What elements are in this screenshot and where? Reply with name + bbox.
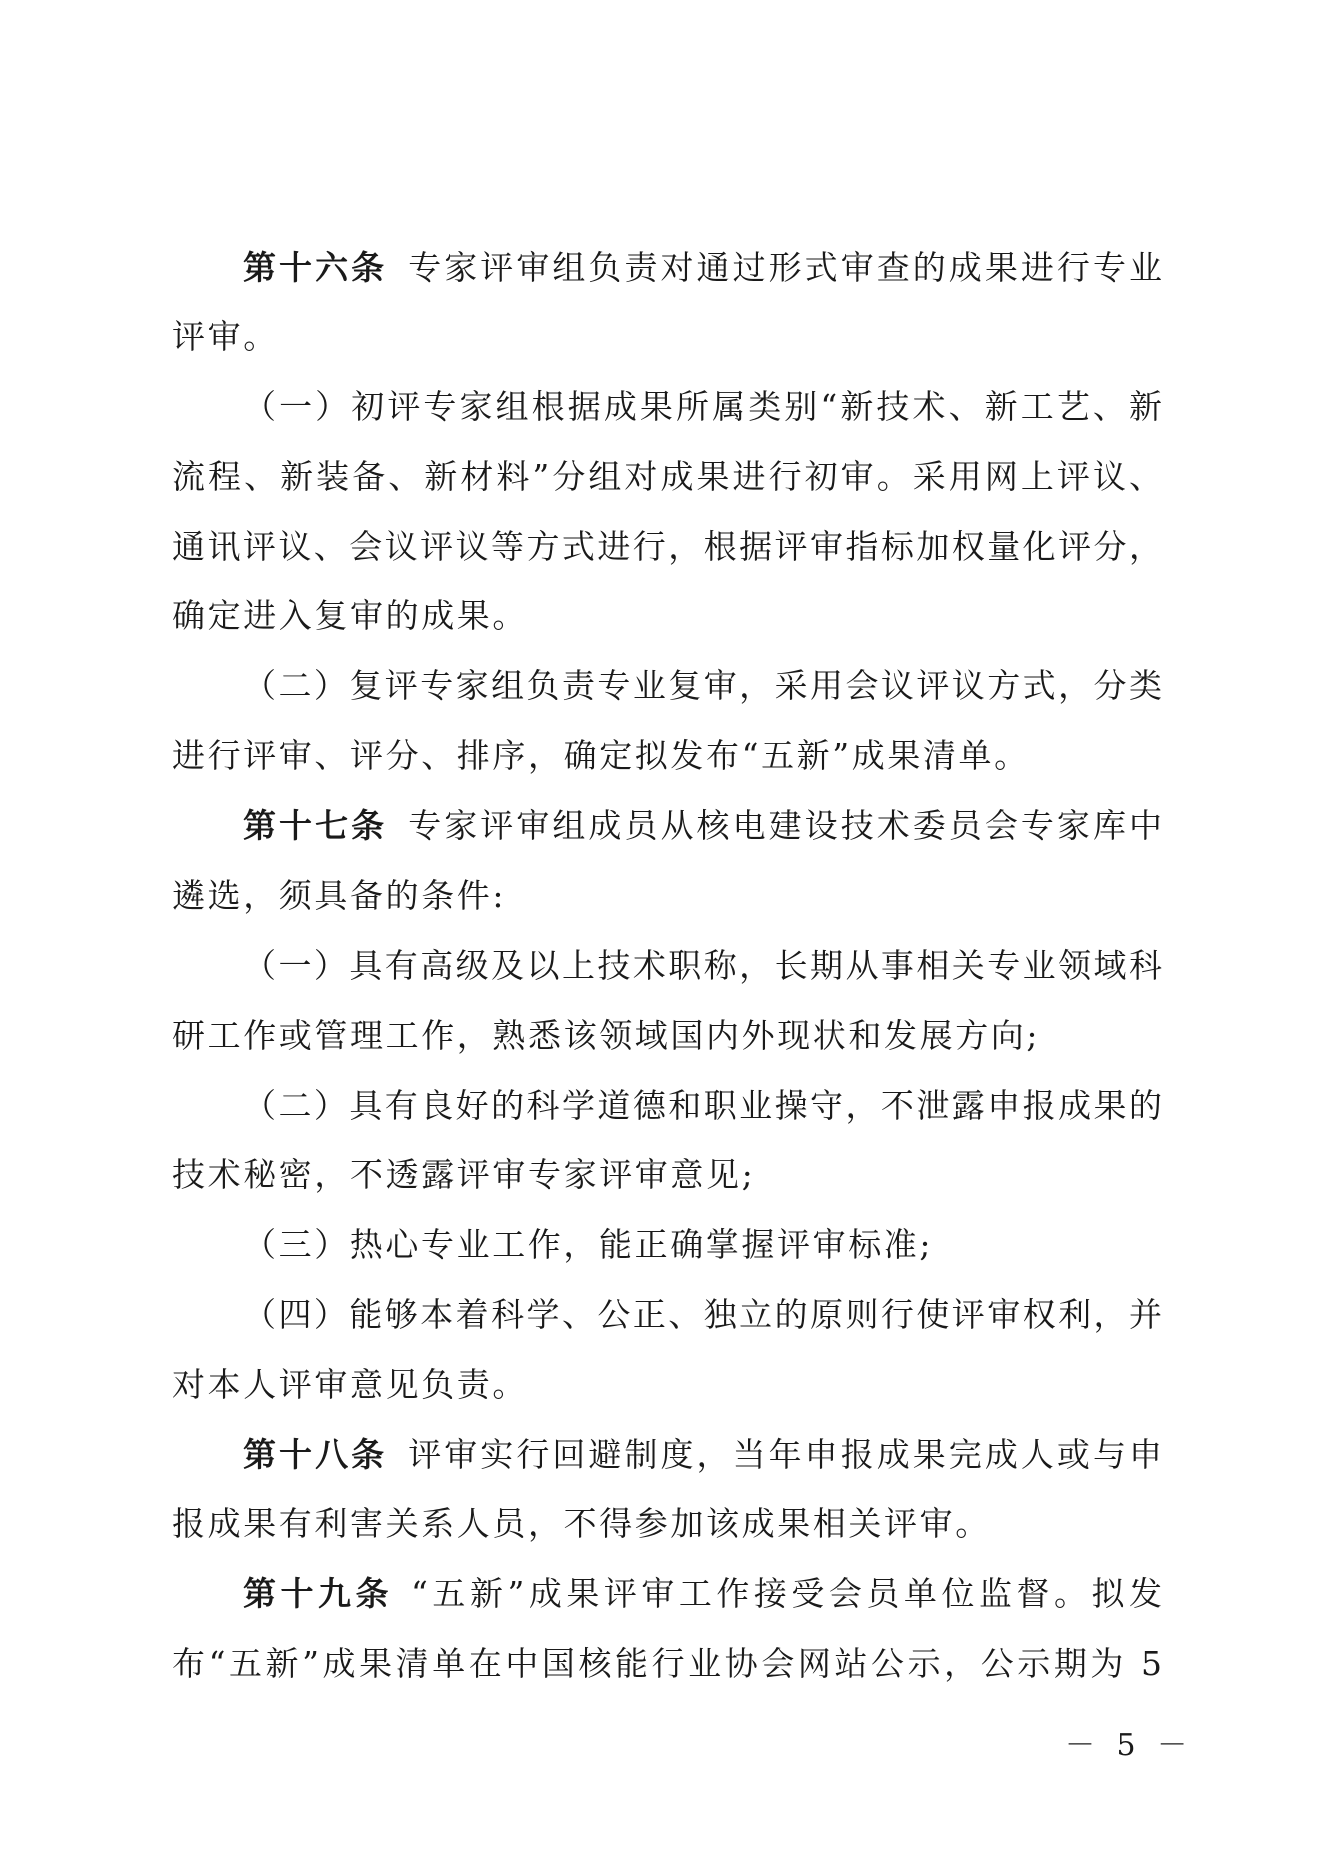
article-16-item-2-line-2: 进行评审、评分、排序，确定拟发布“五新”成果清单。 bbox=[172, 731, 1162, 781]
article-18-line-1: 第十八条评审实行回避制度，当年申报成果完成人或与申 bbox=[243, 1430, 1162, 1480]
article-16-text: 专家评审组负责对通过形式审查的成果进行专业 bbox=[405, 248, 1162, 287]
article-18-line-2: 报成果有利害关系人员，不得参加该成果相关评审。 bbox=[172, 1499, 1162, 1549]
article-18-text: 评审实行回避制度，当年申报成果完成人或与申 bbox=[405, 1435, 1162, 1474]
article-16-line-2: 评审。 bbox=[172, 312, 1162, 362]
article-19-line-1: 第十九条“五新”成果评审工作接受会员单位监督。拟发 bbox=[243, 1569, 1162, 1619]
article-17-item-1-line-1: （一）具有高级及以上技术职称，长期从事相关专业领域科 bbox=[243, 941, 1162, 991]
article-19-heading: 第十九条 bbox=[243, 1574, 393, 1613]
article-17-item-4-line-2: 对本人评审意见负责。 bbox=[172, 1360, 1162, 1410]
page-number: － 5 － bbox=[1065, 1720, 1193, 1764]
article-16-item-2-line-1: （二）复评专家组负责专业复审，采用会议评议方式，分类 bbox=[243, 661, 1162, 711]
article-16-item-1-line-2: 流程、新装备、新材料”分组对成果进行初审。采用网上评议、 bbox=[172, 452, 1162, 502]
document-page: 第十六条专家评审组负责对通过形式审查的成果进行专业 评审。 （一）初评专家组根据… bbox=[0, 0, 1323, 1871]
article-16-heading: 第十六条 bbox=[243, 248, 387, 287]
article-16-item-1-line-3: 通讯评议、会议评议等方式进行，根据评审指标加权量化评分， bbox=[172, 522, 1162, 572]
article-17-item-3-line-1: （三）热心专业工作，能正确掌握评审标准; bbox=[243, 1220, 1162, 1270]
article-17-text: 专家评审组成员从核电建设技术委员会专家库中 bbox=[405, 806, 1162, 845]
article-17-item-2-line-2: 技术秘密，不透露评审专家评审意见; bbox=[172, 1150, 1162, 1200]
article-17-line-1: 第十七条专家评审组成员从核电建设技术委员会专家库中 bbox=[243, 801, 1162, 851]
article-17-heading: 第十七条 bbox=[243, 806, 387, 845]
article-17-item-2-line-1: （二）具有良好的科学道德和职业操守，不泄露申报成果的 bbox=[243, 1081, 1162, 1131]
article-16-item-1-line-4: 确定进入复审的成果。 bbox=[172, 591, 1162, 641]
article-16-line-1: 第十六条专家评审组负责对通过形式审查的成果进行专业 bbox=[243, 243, 1162, 293]
article-17-item-4-line-1: （四）能够本着科学、公正、独立的原则行使评审权利，并 bbox=[243, 1290, 1162, 1340]
article-17-line-2: 遴选，须具备的条件: bbox=[172, 871, 1162, 921]
article-19-text: “五新”成果评审工作接受会员单位监督。拟发 bbox=[411, 1574, 1162, 1613]
article-18-heading: 第十八条 bbox=[243, 1435, 387, 1474]
article-19-line-2: 布“五新”成果清单在中国核能行业协会网站公示，公示期为 5 bbox=[172, 1639, 1162, 1689]
article-17-item-1-line-2: 研工作或管理工作，熟悉该领域国内外现状和发展方向; bbox=[172, 1011, 1162, 1061]
article-16-item-1-line-1: （一）初评专家组根据成果所属类别“新技术、新工艺、新 bbox=[243, 382, 1162, 432]
